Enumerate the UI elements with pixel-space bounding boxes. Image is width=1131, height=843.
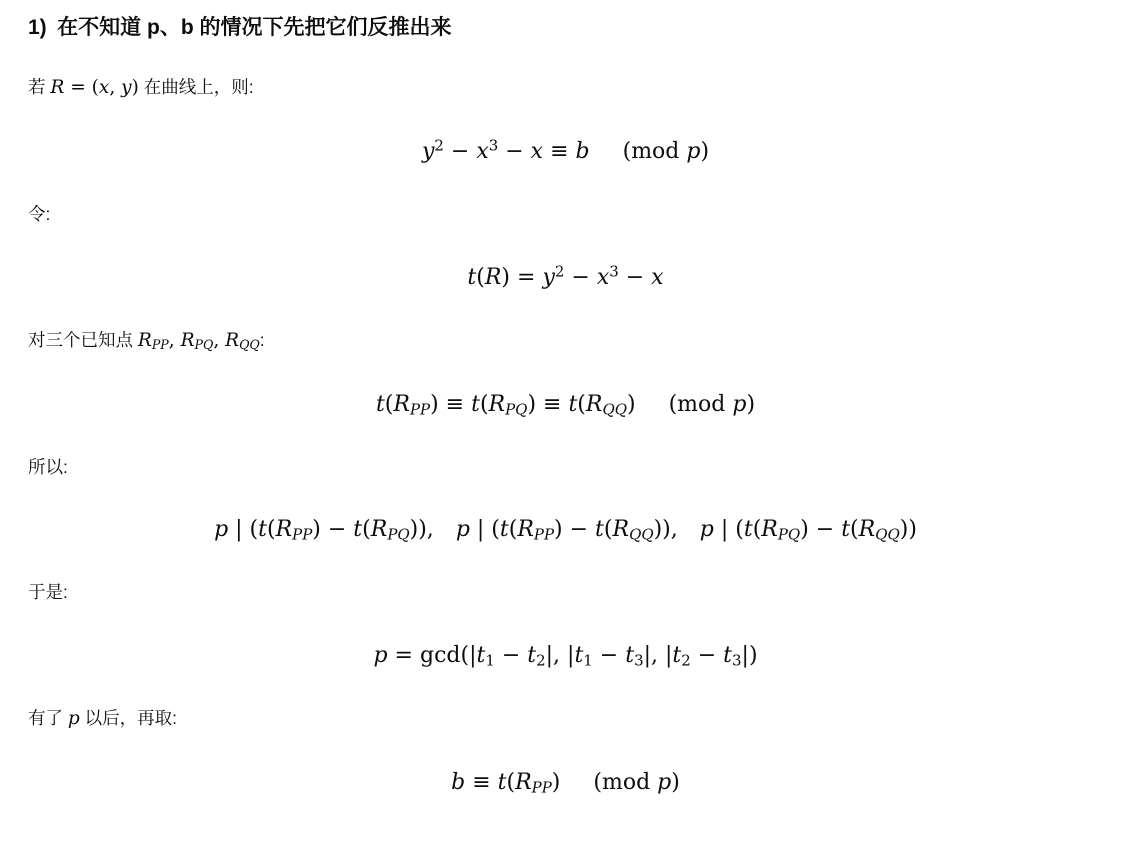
formula-t-congruences: t(RPP) ≡ t(RPQ) ≡ t(RQQ) (mod p) xyxy=(28,388,1103,421)
paragraph-let: 令: xyxy=(28,202,1103,227)
formula-b-recovery: b ≡ t(RPP) (mod p) xyxy=(28,766,1103,799)
paragraph-therefore: 所以: xyxy=(28,455,1103,480)
paragraph-thus: 于是: xyxy=(28,580,1103,605)
formula-divisibility: p | (t(RPP) − t(RPQ)), p | (t(RPP) − t(R… xyxy=(28,513,1103,546)
formula-curve-congruence: y2 − x3 − x ≡ b (mod p) xyxy=(28,135,1103,168)
inline-math: R = (x, y) xyxy=(50,77,138,98)
paragraph-curve-intro: 若 R = (x, y) 在曲线上，则: xyxy=(28,75,1103,101)
paragraph-three-points: 对三个已知点 RPP, RPQ, RQQ: xyxy=(28,328,1103,354)
formula-t-definition: t(R) = y2 − x3 − x xyxy=(28,261,1103,294)
inline-math: RPP, RPQ, RQQ xyxy=(138,330,260,351)
formula-gcd: p = gcd(|t1 − t2|, |t1 − t3|, |t2 − t3|) xyxy=(28,639,1103,672)
document-body: 1) 在不知道 p、b 的情况下先把它们反推出来 若 R = (x, y) 在曲… xyxy=(28,14,1103,799)
paragraph-with-p: 有了 p 以后，再取: xyxy=(28,706,1103,732)
inline-math: p xyxy=(68,708,80,729)
section-heading: 1) 在不知道 p、b 的情况下先把它们反推出来 xyxy=(28,14,1103,42)
